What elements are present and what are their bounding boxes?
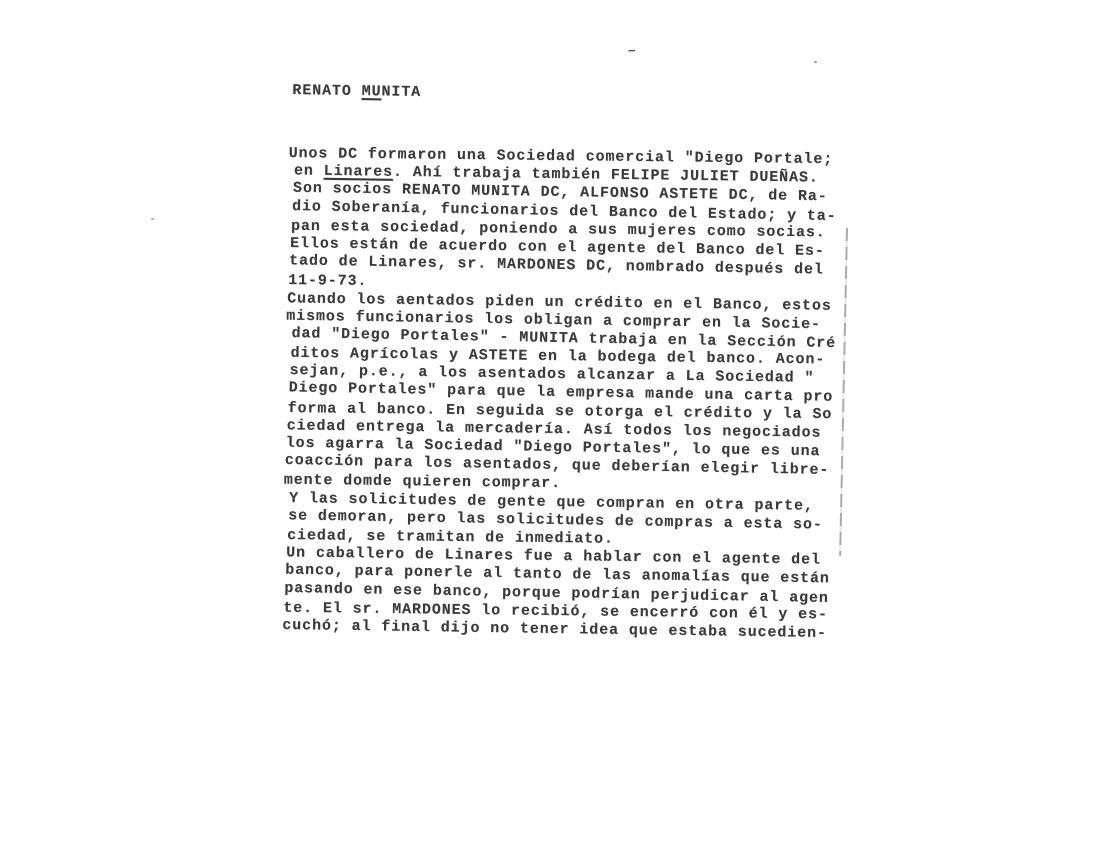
scanned-document-page: RENATO MUNITA Unos DC formaron una Socie… (0, 0, 1100, 850)
scan-speck-dot (151, 218, 154, 220)
title-text-post: NITA (381, 84, 421, 102)
document-text-block: RENATO MUNITA Unos DC formaron una Socie… (284, 46, 868, 680)
document-title: RENATO MUNITA (292, 82, 867, 109)
title-text-pre: RENATO (292, 82, 362, 100)
scan-speck-tilde: ~ (627, 44, 637, 60)
scan-speck-dot (814, 61, 817, 63)
document-lines: Unos DC formaron una Sociedad comercial … (284, 144, 866, 644)
title-text-underlined: MU (362, 83, 382, 100)
